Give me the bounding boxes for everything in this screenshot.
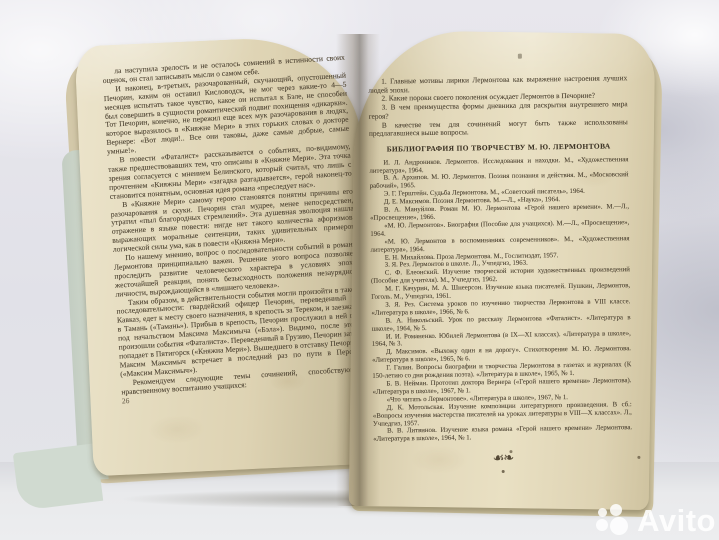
running-head-mark	[518, 54, 522, 59]
right-page: 1. Главные мотивы лирики Лермонтова как …	[349, 30, 656, 510]
watermark-label: Avito	[637, 505, 716, 536]
book-photo: ла наступила зрелость и не осталось сомн…	[0, 0, 719, 540]
left-page-paragraphs: ла наступила зрелость и не осталось сомн…	[102, 54, 364, 397]
right-page-text: 1. Главные мотивы лирики Лермонтова как …	[368, 74, 633, 475]
essay-questions: 1. Главные мотивы лирики Лермонтова как …	[368, 74, 628, 121]
ink-dot	[502, 470, 505, 473]
bibliography-entry: В. В. Литвинов. Изучение языка романа «Г…	[373, 425, 632, 444]
left-page: ла наступила зрелость и не осталось сомн…	[74, 34, 376, 476]
paragraph: Таким образом, в действительности событи…	[116, 285, 363, 379]
avito-watermark: Avito	[596, 504, 716, 537]
left-page-text: ла наступила зрелость и не осталось сомн…	[102, 54, 365, 406]
tailpiece-ornament: ☙❧	[373, 449, 632, 466]
bibliography-list: И. Л. Андроников. Лермонтов. Исследовани…	[369, 156, 632, 444]
bibliography-heading: БИБЛИОГРАФИЯ ПО ТВОРЧЕСТВУ М. Ю. ЛЕРМОНТ…	[369, 142, 628, 154]
paper-speck	[637, 456, 640, 459]
questions-note: В качестве тем для сочинений могут быть …	[369, 118, 628, 139]
paper-speck	[509, 450, 512, 453]
avito-logo-icon	[596, 504, 633, 537]
book-cover-corner	[13, 443, 103, 511]
